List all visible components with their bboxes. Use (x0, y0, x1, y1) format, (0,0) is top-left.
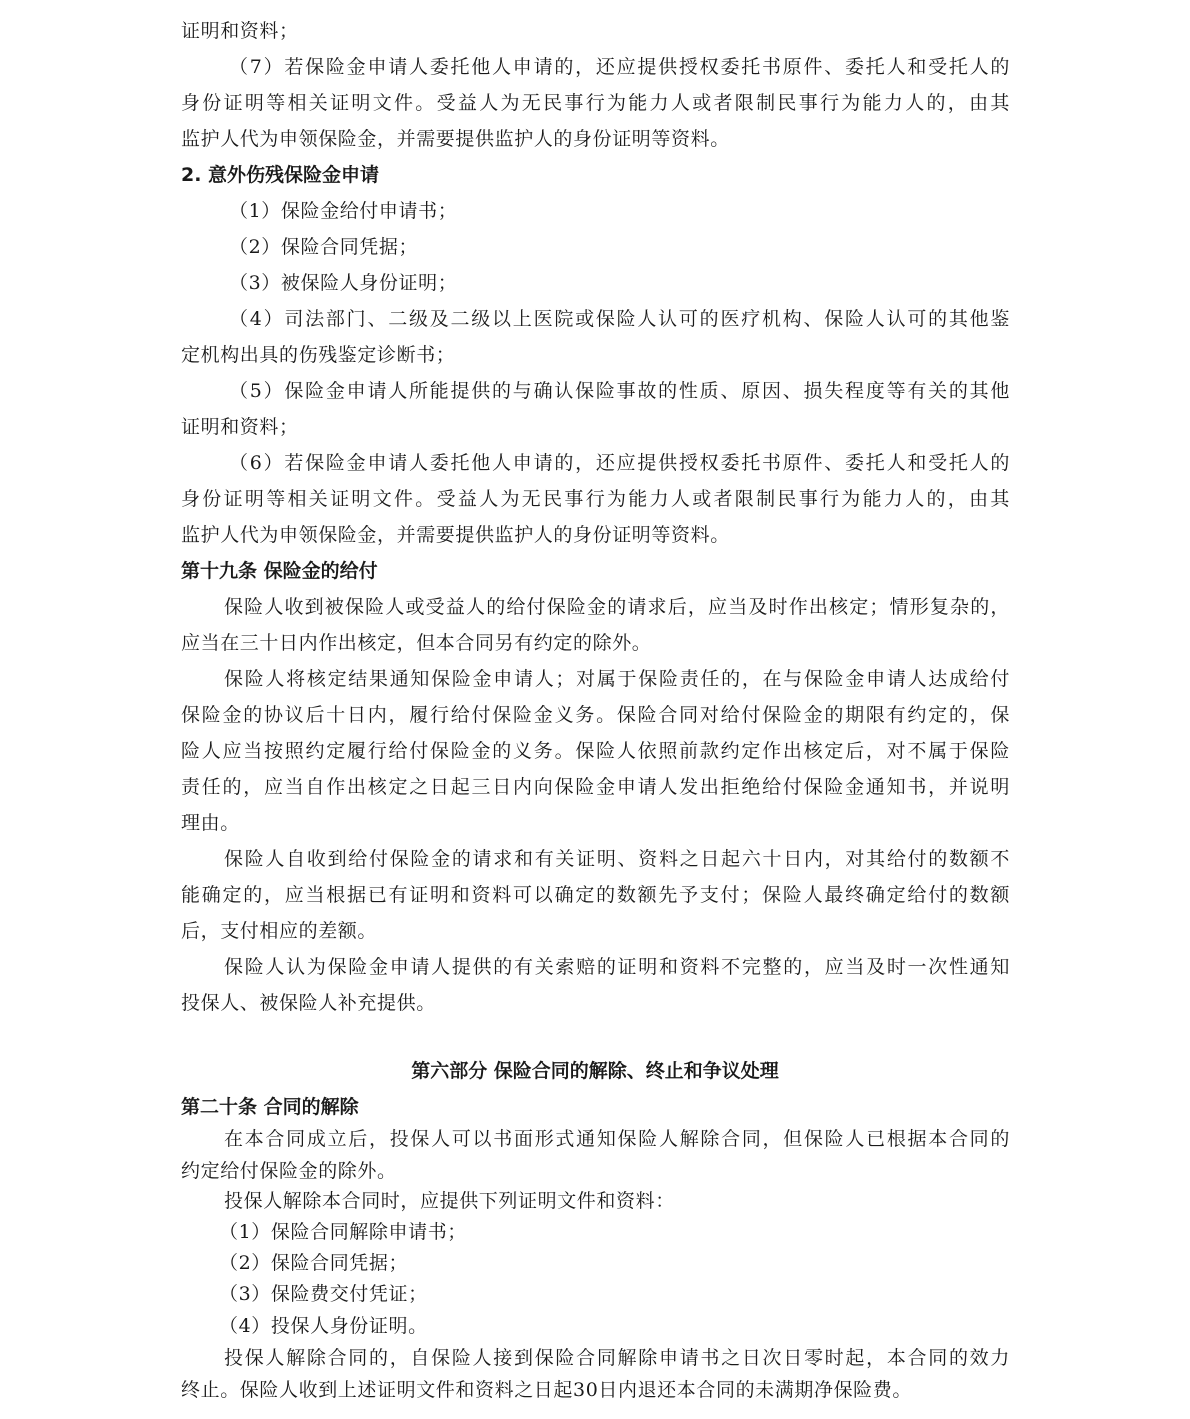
text-line: 应当在三十日内作出核定，但本合同另有约定的除外。 (181, 631, 1010, 655)
text-line: （1）保险金给付申请书； (229, 199, 1010, 223)
text-line: 身份证明等相关证明文件。受益人为无民事行为能力人或者限制民事行为能力人的，由其 (181, 487, 1010, 511)
text-line: 定机构出具的伤残鉴定诊断书； (181, 343, 1010, 367)
text-line: 保险人自收到给付保险金的请求和有关证明、资料之日起六十日内，对其给付的数额不 (224, 847, 1010, 871)
text-line: 证明和资料； (181, 19, 1010, 43)
text-line: 终止。保险人收到上述证明文件和资料之日起30日内退还本合同的未满期净保险费。 (181, 1378, 1010, 1402)
text-line: 投保人解除合同的，自保险人接到保险合同解除申请书之日次日零时起，本合同的效力 (224, 1346, 1010, 1370)
text-line: 后，支付相应的差额。 (181, 919, 1010, 943)
text-line: 保险人收到被保险人或受益人的给付保险金的请求后，应当及时作出核定；情形复杂的， (224, 595, 1010, 619)
text-line: 投保人、被保险人补充提供。 (181, 991, 1010, 1015)
text-line: （4）司法部门、二级及二级以上医院或保险人认可的医疗机构、保险人认可的其他鉴 (229, 307, 1010, 331)
text-line: 理由。 (181, 811, 1010, 835)
text-line: （2）保险合同凭据； (229, 235, 1010, 259)
section-heading: 第六部分 保险合同的解除、终止和争议处理 (0, 1059, 1190, 1083)
section-heading: 第十九条 保险金的给付 (181, 559, 1010, 583)
text-line: （2）保险合同凭据； (219, 1251, 1010, 1275)
text-line: 在本合同成立后，投保人可以书面形式通知保险人解除合同，但保险人已根据本合同的 (224, 1127, 1010, 1151)
text-line: （4）投保人身份证明。 (219, 1314, 1010, 1338)
text-line: （5）保险金申请人所能提供的与确认保险事故的性质、原因、损失程度等有关的其他 (229, 379, 1010, 403)
text-line: （3）被保险人身份证明； (229, 271, 1010, 295)
text-line: 监护人代为申领保险金，并需要提供监护人的身份证明等资料。 (181, 127, 1010, 151)
section-heading: 2. 意外伤残保险金申请 (181, 163, 1010, 187)
text-line: 险人应当按照约定履行给付保险金的义务。保险人依照前款约定作出核定后，对不属于保险 (181, 739, 1010, 763)
text-line: 身份证明等相关证明文件。受益人为无民事行为能力人或者限制民事行为能力人的，由其 (181, 91, 1010, 115)
section-heading: 第二十条 合同的解除 (181, 1095, 1010, 1119)
text-line: 保险人将核定结果通知保险金申请人；对属于保险责任的，在与保险金申请人达成给付 (224, 667, 1010, 691)
text-line: （1）保险合同解除申请书； (219, 1220, 1010, 1244)
text-line: 证明和资料； (181, 415, 1010, 439)
text-line: 责任的，应当自作出核定之日起三日内向保险金申请人发出拒绝给付保险金通知书，并说明 (181, 775, 1010, 799)
text-line: （3）保险费交付凭证； (219, 1282, 1010, 1306)
text-line: （7）若保险金申请人委托他人申请的，还应提供授权委托书原件、委托人和受托人的 (229, 55, 1010, 79)
text-line: （6）若保险金申请人委托他人申请的，还应提供授权委托书原件、委托人和受托人的 (229, 451, 1010, 475)
text-line: 保险人认为保险金申请人提供的有关索赔的证明和资料不完整的，应当及时一次性通知 (224, 955, 1010, 979)
text-line: 约定给付保险金的除外。 (181, 1159, 1010, 1183)
text-line: 能确定的，应当根据已有证明和资料可以确定的数额先予支付；保险人最终确定给付的数额 (181, 883, 1010, 907)
text-line: 监护人代为申领保险金，并需要提供监护人的身份证明等资料。 (181, 523, 1010, 547)
text-line: 投保人解除本合同时，应提供下列证明文件和资料： (224, 1189, 1010, 1213)
text-line: 保险金的协议后十日内，履行给付保险金义务。保险合同对给付保险金的期限有约定的，保 (181, 703, 1010, 727)
